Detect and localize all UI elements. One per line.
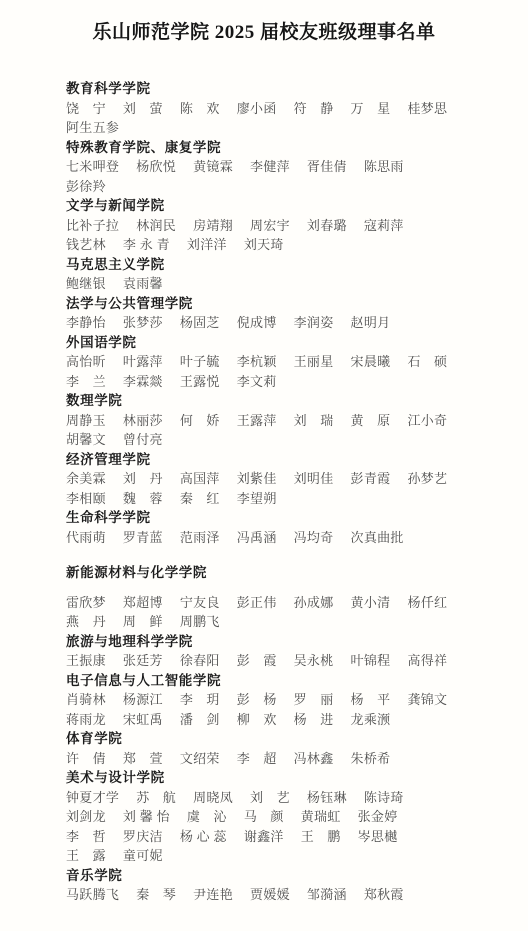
person-name: 贾媛媛 (250, 885, 290, 905)
person-name: 李 永 青 (123, 235, 170, 255)
person-name: 许 倩 (66, 749, 106, 769)
person-name: 范雨泽 (180, 528, 220, 548)
person-name: 钟夏才学 (66, 788, 119, 808)
college-name: 特殊教育学院、康复学院 (66, 138, 482, 158)
person-name: 龚锦文 (407, 690, 447, 710)
person-name: 李杭颖 (237, 352, 277, 372)
college-section: 美术与设计学院钟夏才学苏 航周晓凤刘 艺杨钰琳陈诗琦刘剑龙刘 馨 怡虞 沁马 颜… (66, 768, 482, 866)
person-name: 陈诗琦 (364, 788, 404, 808)
name-line: 李 哲罗庆洁杨 心 蕊谢鑫洋王 鹏岑思樾 (66, 827, 482, 847)
person-name: 彭正伟 (237, 593, 277, 613)
person-name: 龙乘滪 (351, 710, 391, 730)
person-name: 秦 琴 (136, 885, 176, 905)
name-line: 钟夏才学苏 航周晓凤刘 艺杨钰琳陈诗琦 (66, 788, 482, 808)
person-name: 曾付亮 (123, 430, 163, 450)
college-section: 新能源材料与化学学院雷欣梦郑超博宁友良彭正伟孙成娜黄小清杨仟红燕 丹周 鲜周鹏飞 (66, 563, 482, 632)
college-section: 特殊教育学院、康复学院七米呷登杨欣悦黄镜霖李健萍胥佳倩陈思雨彭徐羚 (66, 138, 482, 197)
person-name: 王 鹏 (301, 827, 341, 847)
person-name: 李 哲 (66, 827, 106, 847)
name-line: 钱艺林李 永 青刘洋洋刘天琦 (66, 235, 482, 255)
person-name: 钱艺林 (66, 235, 106, 255)
person-name: 李 兰 (66, 372, 106, 392)
person-name: 七米呷登 (66, 157, 119, 177)
person-name: 张廷芳 (123, 651, 163, 671)
person-name: 朱桥希 (351, 749, 391, 769)
person-name: 周晓凤 (193, 788, 233, 808)
name-line: 周静玉林丽莎何 娇王露萍刘 瑞黄 原江小奇 (66, 411, 482, 431)
person-name: 李相颐 (66, 489, 106, 509)
person-name: 陈思雨 (364, 157, 404, 177)
person-name: 潘 剑 (180, 710, 220, 730)
person-name: 杨仟红 (407, 593, 447, 613)
person-name: 岑思樾 (358, 827, 398, 847)
person-name: 胡馨文 (66, 430, 106, 450)
person-name: 廖小函 (237, 99, 277, 119)
person-name: 郑超博 (123, 593, 163, 613)
college-section: 数理学院周静玉林丽莎何 娇王露萍刘 瑞黄 原江小奇胡馨文曾付亮 (66, 391, 482, 450)
person-name: 寇莉萍 (364, 216, 404, 236)
college-name: 经济管理学院 (66, 450, 482, 470)
name-line: 马跃腾飞秦 琴尹连艳贾媛媛邹漪涵郑秋霞 (66, 885, 482, 905)
college-name: 体育学院 (66, 729, 482, 749)
name-line: 燕 丹周 鲜周鹏飞 (66, 612, 482, 632)
person-name: 李望朔 (237, 489, 277, 509)
college-name: 数理学院 (66, 391, 482, 411)
person-name: 徐春阳 (180, 651, 220, 671)
person-name: 刘 馨 怡 (123, 807, 170, 827)
person-name: 刘 瑞 (294, 411, 334, 431)
person-name: 次真曲批 (351, 528, 404, 548)
person-name: 罗青蓝 (123, 528, 163, 548)
person-name: 王振康 (66, 651, 106, 671)
person-name: 谢鑫洋 (244, 827, 284, 847)
person-name: 余美霖 (66, 469, 106, 489)
college-name: 生命科学学院 (66, 508, 482, 528)
person-name: 杨 平 (351, 690, 391, 710)
person-name: 吴永桃 (294, 651, 334, 671)
name-line: 肖骑林杨源江李 玥彭 杨罗 丽杨 平龚锦文 (66, 690, 482, 710)
person-name: 文绍荣 (180, 749, 220, 769)
person-name: 冯均奇 (294, 528, 334, 548)
person-name: 李霖燚 (123, 372, 163, 392)
person-name: 雷欣梦 (66, 593, 106, 613)
person-name: 郑秋霞 (364, 885, 404, 905)
person-name: 房靖翔 (193, 216, 233, 236)
name-line: 李静怡张梦莎杨固芝倪成博李润姿赵明月 (66, 313, 482, 333)
person-name: 王丽星 (294, 352, 334, 372)
person-name: 张梦莎 (123, 313, 163, 333)
college-name: 文学与新闻学院 (66, 196, 482, 216)
person-name: 符 静 (294, 99, 334, 119)
name-line: 雷欣梦郑超博宁友良彭正伟孙成娜黄小清杨仟红 (66, 593, 482, 613)
person-name: 杨钰琳 (307, 788, 347, 808)
person-name: 陈 欢 (180, 99, 220, 119)
person-name: 高得祥 (407, 651, 447, 671)
person-name: 杨源江 (123, 690, 163, 710)
person-name: 罗庆洁 (123, 827, 163, 847)
person-name: 高国萍 (180, 469, 220, 489)
person-name: 杨 心 蕊 (180, 827, 227, 847)
person-name: 黄瑞虹 (301, 807, 341, 827)
person-name: 孙成娜 (294, 593, 334, 613)
college-section: 生命科学学院代雨萌罗青蓝范雨泽冯禹涵冯均奇次真曲批 (66, 508, 482, 547)
person-name: 杨欣悦 (136, 157, 176, 177)
person-name: 杨 进 (294, 710, 334, 730)
person-name: 罗 丽 (294, 690, 334, 710)
person-name: 蒋雨龙 (66, 710, 106, 730)
person-name: 黄镜霖 (193, 157, 233, 177)
person-name: 邹漪涵 (307, 885, 347, 905)
person-name: 彭青霞 (351, 469, 391, 489)
person-name: 李文莉 (237, 372, 277, 392)
person-name: 苏 航 (136, 788, 176, 808)
person-name: 宋虹禹 (123, 710, 163, 730)
name-line: 王振康张廷芳徐春阳彭 霞吴永桃叶锦程高得祥 (66, 651, 482, 671)
college-name: 美术与设计学院 (66, 768, 482, 788)
person-name: 王 露 (66, 846, 106, 866)
person-name: 石 硕 (407, 352, 447, 372)
name-line: 胡馨文曾付亮 (66, 430, 482, 450)
person-name: 彭徐羚 (66, 177, 106, 197)
person-name: 马 颜 (244, 807, 284, 827)
college-section: 经济管理学院余美霖刘 丹高国萍刘紫佳刘明佳彭青霞孙梦艺李相颐魏 蓉秦 红李望朔 (66, 450, 482, 509)
person-name: 林润民 (136, 216, 176, 236)
person-name: 何 娇 (180, 411, 220, 431)
person-name: 周 鲜 (123, 612, 163, 632)
sections-list: 教育科学学院饶 宁刘 萤陈 欢廖小函符 静万 星桂梦思阿生五参特殊教育学院、康复… (0, 79, 528, 905)
person-name: 周鹏飞 (180, 612, 220, 632)
college-name: 法学与公共管理学院 (66, 294, 482, 314)
person-name: 刘 艺 (250, 788, 290, 808)
person-name: 李润姿 (294, 313, 334, 333)
person-name: 黄小清 (351, 593, 391, 613)
person-name: 郑 萱 (123, 749, 163, 769)
name-line: 阿生五参 (66, 118, 482, 138)
person-name: 黄 原 (351, 411, 391, 431)
college-name: 音乐学院 (66, 866, 482, 886)
person-name: 叶子毓 (180, 352, 220, 372)
name-line: 余美霖刘 丹高国萍刘紫佳刘明佳彭青霞孙梦艺 (66, 469, 482, 489)
person-name: 刘明佳 (294, 469, 334, 489)
name-line: 七米呷登杨欣悦黄镜霖李健萍胥佳倩陈思雨 (66, 157, 482, 177)
college-section: 体育学院许 倩郑 萱文绍荣李 超冯林鑫朱桥希 (66, 729, 482, 768)
page-title: 乐山师范学院 2025 届校友班级理事名单 (0, 21, 528, 45)
person-name: 刘剑龙 (66, 807, 106, 827)
person-name: 彭 杨 (237, 690, 277, 710)
person-name: 杨固芝 (180, 313, 220, 333)
person-name: 胥佳倩 (307, 157, 347, 177)
person-name: 冯林鑫 (294, 749, 334, 769)
person-name: 肖骑林 (66, 690, 106, 710)
person-name: 刘洋洋 (187, 235, 227, 255)
college-name: 新能源材料与化学学院 (66, 563, 482, 583)
person-name: 刘春璐 (307, 216, 347, 236)
person-name: 林丽莎 (123, 411, 163, 431)
person-name: 倪成博 (237, 313, 277, 333)
college-section: 音乐学院马跃腾飞秦 琴尹连艳贾媛媛邹漪涵郑秋霞 (66, 866, 482, 905)
person-name: 宁友良 (180, 593, 220, 613)
person-name: 童可妮 (123, 846, 163, 866)
person-name: 刘紫佳 (237, 469, 277, 489)
college-section: 旅游与地理科学学院王振康张廷芳徐春阳彭 霞吴永桃叶锦程高得祥 (66, 632, 482, 671)
name-line: 代雨萌罗青蓝范雨泽冯禹涵冯均奇次真曲批 (66, 528, 482, 548)
college-section: 教育科学学院饶 宁刘 萤陈 欢廖小函符 静万 星桂梦思阿生五参 (66, 79, 482, 138)
name-line: 比补子拉林润民房靖翔周宏宇刘春璐寇莉萍 (66, 216, 482, 236)
person-name: 燕 丹 (66, 612, 106, 632)
person-name: 袁雨馨 (123, 274, 163, 294)
person-name: 阿生五参 (66, 118, 119, 138)
person-name: 刘 萤 (123, 99, 163, 119)
person-name: 万 星 (351, 99, 391, 119)
person-name: 高怡昕 (66, 352, 106, 372)
person-name: 虞 沁 (187, 807, 227, 827)
college-name: 旅游与地理科学学院 (66, 632, 482, 652)
college-section: 文学与新闻学院比补子拉林润民房靖翔周宏宇刘春璐寇莉萍钱艺林李 永 青刘洋洋刘天琦 (66, 196, 482, 255)
person-name: 孙梦艺 (407, 469, 447, 489)
person-name: 李健萍 (250, 157, 290, 177)
person-name: 鲍继银 (66, 274, 106, 294)
person-name: 李 玥 (180, 690, 220, 710)
name-line: 彭徐羚 (66, 177, 482, 197)
name-line: 许 倩郑 萱文绍荣李 超冯林鑫朱桥希 (66, 749, 482, 769)
college-name: 电子信息与人工智能学院 (66, 671, 482, 691)
person-name: 张金婷 (358, 807, 398, 827)
person-name: 桂梦思 (407, 99, 447, 119)
person-name: 冯禹涵 (237, 528, 277, 548)
person-name: 马跃腾飞 (66, 885, 119, 905)
name-line: 李相颐魏 蓉秦 红李望朔 (66, 489, 482, 509)
person-name: 李 超 (237, 749, 277, 769)
name-line: 李 兰李霖燚王露悦李文莉 (66, 372, 482, 392)
college-name: 外国语学院 (66, 333, 482, 353)
person-name: 饶 宁 (66, 99, 106, 119)
college-section: 法学与公共管理学院李静怡张梦莎杨固芝倪成博李润姿赵明月 (66, 294, 482, 333)
person-name: 魏 蓉 (123, 489, 163, 509)
name-line: 蒋雨龙宋虹禹潘 剑柳 欢杨 进龙乘滪 (66, 710, 482, 730)
college-name: 教育科学学院 (66, 79, 482, 99)
name-line: 刘剑龙刘 馨 怡虞 沁马 颜黄瑞虹张金婷 (66, 807, 482, 827)
person-name: 王露萍 (237, 411, 277, 431)
person-name: 王露悦 (180, 372, 220, 392)
name-line: 鲍继银袁雨馨 (66, 274, 482, 294)
person-name: 周宏宇 (250, 216, 290, 236)
college-section: 电子信息与人工智能学院肖骑林杨源江李 玥彭 杨罗 丽杨 平龚锦文蒋雨龙宋虹禹潘 … (66, 671, 482, 730)
person-name: 赵明月 (351, 313, 391, 333)
college-name: 马克思主义学院 (66, 255, 482, 275)
person-name: 叶锦程 (351, 651, 391, 671)
college-section: 外国语学院高怡昕叶露萍叶子毓李杭颖王丽星宋晨曦石 硕李 兰李霖燚王露悦李文莉 (66, 333, 482, 392)
college-section: 马克思主义学院鲍继银袁雨馨 (66, 255, 482, 294)
person-name: 代雨萌 (66, 528, 106, 548)
name-line: 高怡昕叶露萍叶子毓李杭颖王丽星宋晨曦石 硕 (66, 352, 482, 372)
person-name: 刘 丹 (123, 469, 163, 489)
person-name: 李静怡 (66, 313, 106, 333)
person-name: 尹连艳 (193, 885, 233, 905)
person-name: 刘天琦 (244, 235, 284, 255)
person-name: 秦 红 (180, 489, 220, 509)
person-name: 宋晨曦 (351, 352, 391, 372)
person-name: 叶露萍 (123, 352, 163, 372)
person-name: 周静玉 (66, 411, 106, 431)
name-line: 王 露童可妮 (66, 846, 482, 866)
name-line: 饶 宁刘 萤陈 欢廖小函符 静万 星桂梦思 (66, 99, 482, 119)
person-name: 江小奇 (407, 411, 447, 431)
person-name: 柳 欢 (237, 710, 277, 730)
person-name: 彭 霞 (237, 651, 277, 671)
person-name: 比补子拉 (66, 216, 119, 236)
document-page: 乐山师范学院 2025 届校友班级理事名单 教育科学学院饶 宁刘 萤陈 欢廖小函… (0, 0, 528, 931)
